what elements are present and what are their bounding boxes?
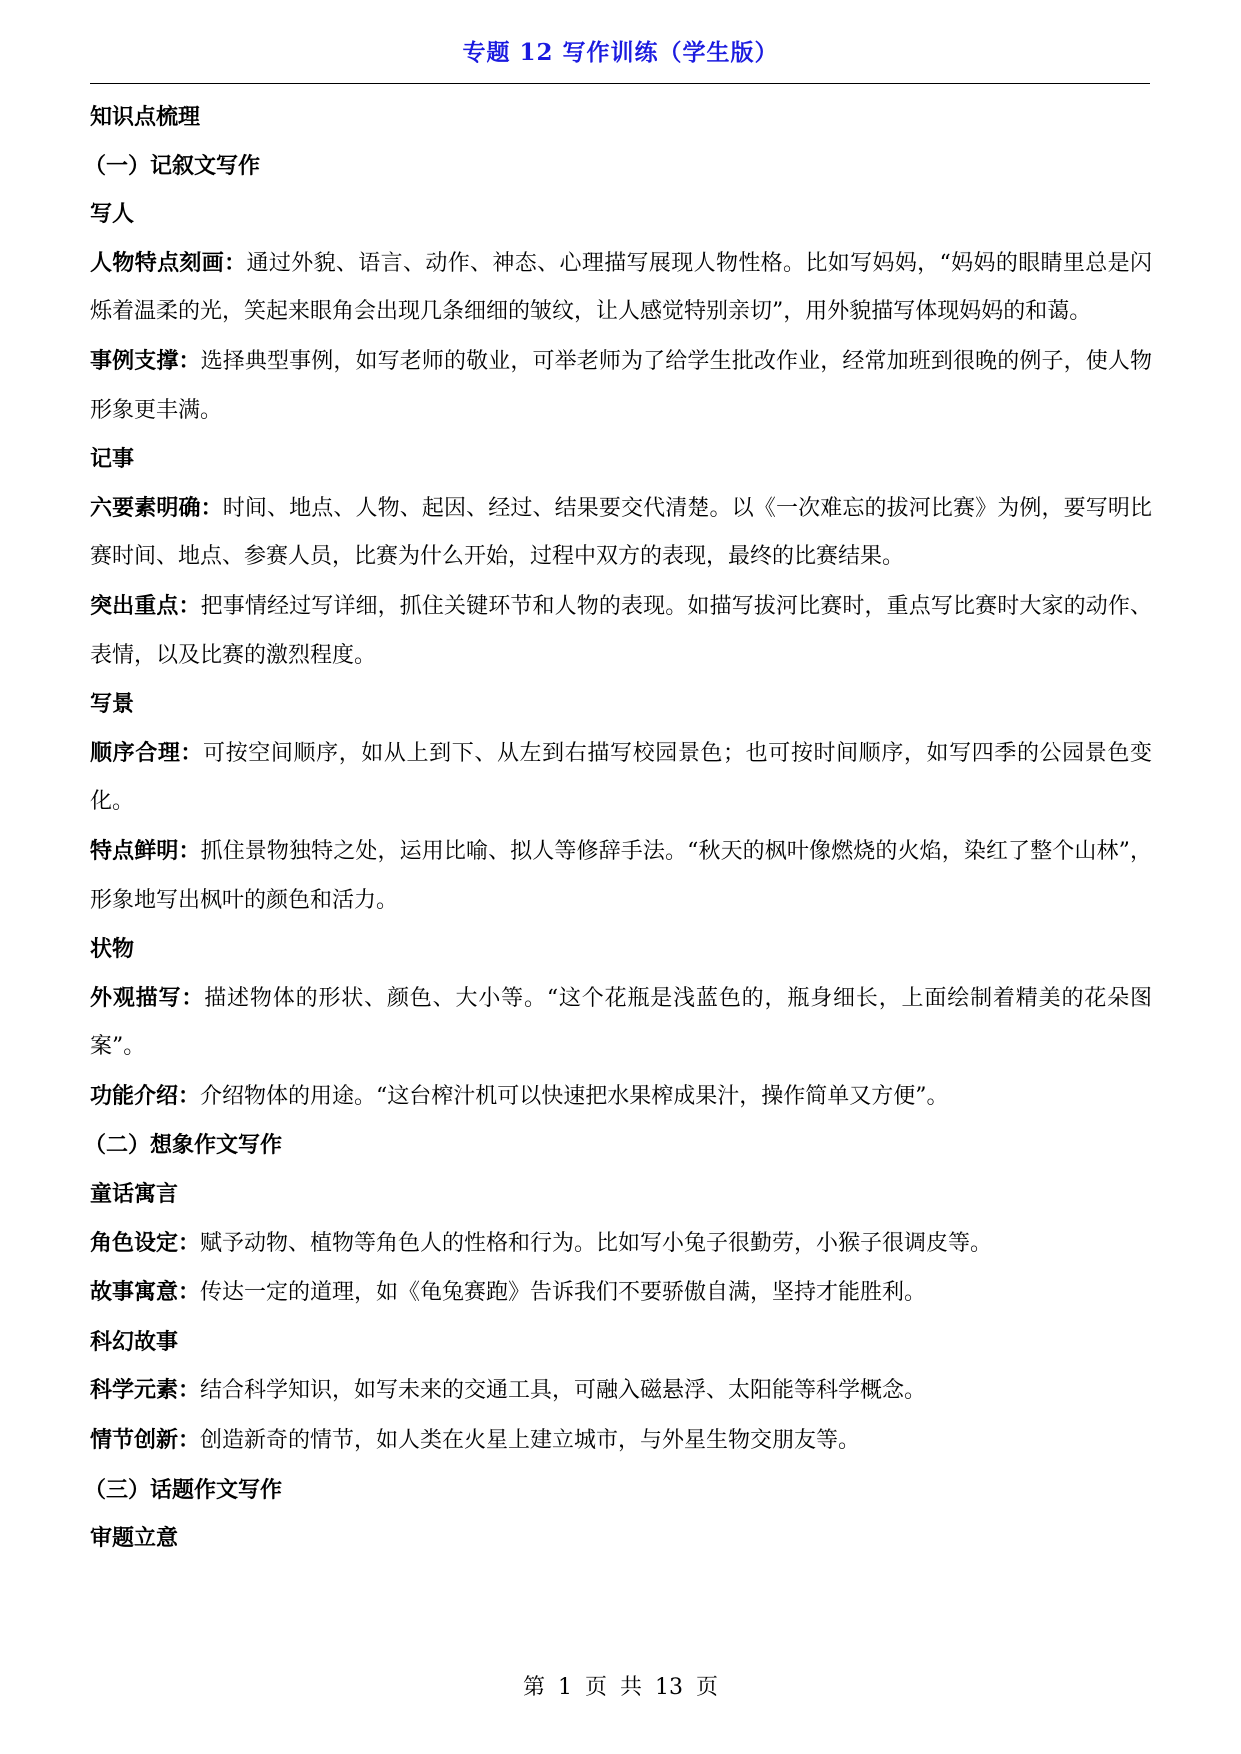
paragraph: 六要素明确：时间、地点、人物、起因、经过、结果要交代清楚。以《一次难忘的拔河比赛… xyxy=(90,484,1152,582)
sub-heading: 审题立意 xyxy=(90,1514,1152,1563)
paragraph: 顺序合理：可按空间顺序，如从上到下、从左到右描写校园景色；也可按时间顺序，如写四… xyxy=(90,729,1152,827)
term-label: 角色设定： xyxy=(90,1230,200,1256)
term-label: 科学元素： xyxy=(90,1377,200,1403)
page-number: 第 1 页 共 13 页 xyxy=(0,1670,1241,1701)
paragraph-text: 传达一定的道理，如《龟兔赛跑》告诉我们不要骄傲自满，坚持才能胜利。 xyxy=(200,1280,926,1305)
term-label: 顺序合理： xyxy=(90,740,203,766)
sub-heading: 童话寓言 xyxy=(90,1170,1152,1219)
paragraph: 角色设定：赋予动物、植物等角色人的性格和行为。比如写小兔子很勤劳，小猴子很调皮等… xyxy=(90,1219,1152,1269)
paragraph: 情节创新：创造新奇的情节，如人类在火星上建立城市，与外星生物交朋友等。 xyxy=(90,1416,1152,1466)
paragraph-text: 抓住景物独特之处，运用比喻、拟人等修辞手法。“秋天的枫叶像燃烧的火焰，染红了整个… xyxy=(90,839,1152,913)
paragraph-text: 把事情经过写详细，抓住关键环节和人物的表现。如描写拔河比赛时，重点写比赛时大家的… xyxy=(90,594,1152,668)
paragraph: 人物特点刻画：通过外貌、语言、动作、神态、心理描写展现人物性格。比如写妈妈，“妈… xyxy=(90,239,1152,337)
paragraph: 突出重点：把事情经过写详细，抓住关键环节和人物的表现。如描写拔河比赛时，重点写比… xyxy=(90,582,1152,680)
term-label: 特点鲜明： xyxy=(90,838,201,864)
sub-heading: 写人 xyxy=(90,190,1152,239)
paragraph-text: 时间、地点、人物、起因、经过、结果要交代清楚。以《一次难忘的拔河比赛》为例，要写… xyxy=(90,496,1152,570)
header-divider xyxy=(90,83,1150,84)
term-label: 突出重点： xyxy=(90,593,201,619)
sub-heading: 记事 xyxy=(90,435,1152,484)
paragraph-text: 可按空间顺序，如从上到下、从左到右描写校园景色；也可按时间顺序，如写四季的公园景… xyxy=(90,741,1152,815)
paragraph: 功能介绍：介绍物体的用途。“这台榨汁机可以快速把水果榨成果汁，操作简单又方便”。 xyxy=(90,1072,1152,1122)
part-heading: （二）想象作文写作 xyxy=(84,1121,1152,1170)
document-body: 知识点梳理 （一）记叙文写作 写人 人物特点刻画：通过外貌、语言、动作、神态、心… xyxy=(90,93,1152,1563)
part-heading: （一）记叙文写作 xyxy=(84,142,1152,191)
paragraph-text: 赋予动物、植物等角色人的性格和行为。比如写小兔子很勤劳，小猴子很调皮等。 xyxy=(200,1231,992,1256)
paragraph-text: 结合科学知识，如写未来的交通工具，可融入磁悬浮、太阳能等科学概念。 xyxy=(200,1378,926,1403)
document-title: 专题 12 写作训练（学生版） xyxy=(0,34,1241,67)
paragraph: 故事寓意：传达一定的道理，如《龟兔赛跑》告诉我们不要骄傲自满，坚持才能胜利。 xyxy=(90,1268,1152,1318)
term-label: 六要素明确： xyxy=(90,495,223,521)
part-heading: （三）话题作文写作 xyxy=(84,1466,1152,1515)
term-label: 情节创新： xyxy=(90,1427,200,1453)
paragraph: 外观描写：描述物体的形状、颜色、大小等。“这个花瓶是浅蓝色的，瓶身细长，上面绘制… xyxy=(90,974,1152,1072)
paragraph: 科学元素：结合科学知识，如写未来的交通工具，可融入磁悬浮、太阳能等科学概念。 xyxy=(90,1366,1152,1416)
term-label: 功能介绍： xyxy=(90,1083,200,1109)
paragraph-text: 描述物体的形状、颜色、大小等。“这个花瓶是浅蓝色的，瓶身细长，上面绘制着精美的花… xyxy=(90,986,1152,1060)
sub-heading: 写景 xyxy=(90,680,1152,729)
paragraph: 特点鲜明：抓住景物独特之处，运用比喻、拟人等修辞手法。“秋天的枫叶像燃烧的火焰，… xyxy=(90,827,1152,925)
paragraph-text: 创造新奇的情节，如人类在火星上建立城市，与外星生物交朋友等。 xyxy=(200,1428,860,1453)
section-title: 知识点梳理 xyxy=(90,93,1152,142)
term-label: 人物特点刻画： xyxy=(90,250,247,276)
sub-heading: 状物 xyxy=(90,925,1152,974)
paragraph-text: 介绍物体的用途。“这台榨汁机可以快速把水果榨成果汁，操作简单又方便”。 xyxy=(200,1084,949,1109)
term-label: 外观描写： xyxy=(90,985,204,1011)
paragraph-text: 选择典型事例，如写老师的敬业，可举老师为了给学生批改作业，经常加班到很晚的例子，… xyxy=(90,349,1152,423)
term-label: 事例支撑： xyxy=(90,348,201,374)
sub-heading: 科幻故事 xyxy=(90,1318,1152,1367)
term-label: 故事寓意： xyxy=(90,1279,200,1305)
paragraph-text: 通过外貌、语言、动作、神态、心理描写展现人物性格。比如写妈妈，“妈妈的眼睛里总是… xyxy=(90,251,1152,325)
paragraph: 事例支撑：选择典型事例，如写老师的敬业，可举老师为了给学生批改作业，经常加班到很… xyxy=(90,337,1152,435)
